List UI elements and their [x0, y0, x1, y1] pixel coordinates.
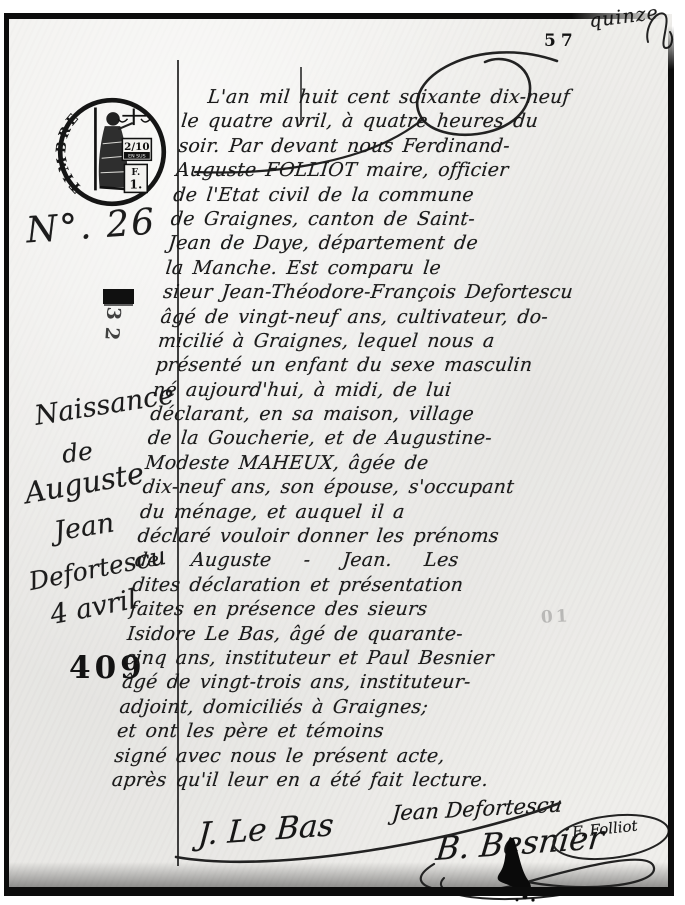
manuscript-line: L'an mil huit cent soixante dix-neuf	[182, 85, 671, 109]
manuscript-line: né aujourd'hui, à midi, de lui	[152, 378, 641, 402]
manuscript-line: âgé de vingt-neuf ans, cultivateur, do-	[159, 305, 648, 329]
scanned-birth-record: quinze 57 TIMBRE	[0, 0, 685, 905]
scan-border-bottom	[4, 887, 674, 896]
manuscript-line: adjoint, domiciliés à Graignes;	[118, 695, 607, 719]
manuscript-line: le quatre avril, à quatre heures du	[180, 109, 669, 133]
surcharge-box: 2/10 EN SUS	[122, 139, 151, 161]
scan-border-right	[668, 26, 674, 895]
manuscript-line: cinq ans, instituteur et Paul Besnier	[123, 646, 612, 670]
ghost-stamp-mark: 01	[540, 606, 571, 628]
manuscript-line: micilié à Graignes, lequel nous a	[157, 329, 646, 353]
manuscript-line: de Graignes, canton de Saint-	[170, 207, 659, 231]
scan-border-left	[4, 13, 9, 895]
manuscript-line: déclarant, en sa maison, village	[149, 402, 638, 426]
manuscript-line: signé avec nous le présent acte,	[113, 744, 602, 768]
manuscript-line: après qu'il leur en a été fait lecture.	[111, 768, 600, 792]
manuscript-line: Jean de Daye, département de	[167, 231, 656, 255]
value-box: F. 1.	[124, 164, 147, 192]
manuscript-line: du ménage, et auquel il a	[139, 500, 628, 524]
manuscript-line: et ont les père et témoins	[116, 719, 605, 743]
stamp-amount: 1.	[129, 176, 142, 191]
manuscript-line: déclaré vouloir donner les prénoms	[136, 524, 625, 548]
timbre-arc-label: TIMBRE	[53, 109, 85, 196]
manuscript-line: de l'Etat civil de la commune	[172, 183, 661, 207]
manuscript-line: présenté un enfant du sexe masculin	[154, 353, 643, 377]
surcharge-caption: EN SUS	[128, 153, 146, 159]
revenue-stamp: TIMBRE 2/10 EN SUS F. 1.	[54, 94, 170, 210]
scan-border-top	[4, 13, 664, 19]
manuscript-line: dites déclaration et présentation	[131, 573, 620, 597]
manuscript-line: de la Goucherie, et de Augustine-	[147, 426, 636, 450]
manuscript-line: la Manche. Est comparu le	[164, 256, 653, 280]
ink-bar-stamp	[103, 289, 134, 304]
vertical-stamp-number: 32	[100, 306, 125, 348]
manuscript-line: Auguste FOLLIOT maire, officier	[175, 158, 664, 182]
manuscript-line: sieur Jean-Théodore-François Defortescu	[162, 280, 651, 304]
manuscript-line: de Auguste - Jean. Les	[134, 548, 623, 572]
manuscript-line: soir. Par devant nous Ferdinand-	[177, 134, 666, 158]
manuscript-line: dix-neuf ans, son épouse, s'occupant	[141, 475, 630, 499]
manuscript-body: L'an mil huit cent soixante dix-neuf le …	[111, 85, 671, 792]
manuscript-line: Modeste MAHEUX, âgée de	[144, 451, 633, 475]
surcharge-fraction: 2/10	[124, 141, 149, 153]
manuscript-line: âgé de vingt-trois ans, instituteur-	[121, 670, 610, 694]
